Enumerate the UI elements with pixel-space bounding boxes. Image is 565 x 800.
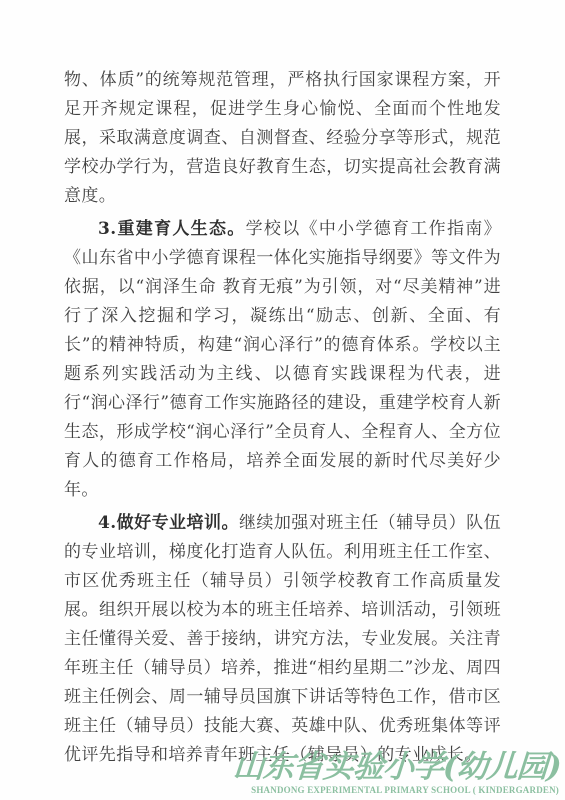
paragraph-4-text: 继续加强对班主任（辅导员）队伍的专业培训，梯度化打造育人队伍。利用班主任工作室、… <box>64 513 501 765</box>
paragraph-3-heading: 3.重建育人生态。 <box>98 219 246 239</box>
school-logo-english: SHANDONG EXPERIMENTAL PRIMARY SCHOOL ( K… <box>232 786 559 795</box>
paragraph-4-heading: 4.做好专业培训。 <box>98 513 239 533</box>
paragraph-4: 4.做好专业培训。继续加强对班主任（辅导员）队伍的专业培训，梯度化打造育人队伍。… <box>64 509 501 770</box>
school-logo: 山东省实验小学(幼儿园) SHANDONG EXPERIMENTAL PRIMA… <box>232 752 559 795</box>
paragraph-3: 3.重建育人生态。学校以《中小学德育工作指南》《山东省中小学德育课程一体化实施指… <box>64 215 501 505</box>
school-logo-chinese: 山东省实验小学(幼儿园) <box>232 752 562 783</box>
paragraph-3-text: 学校以《中小学德育工作指南》《山东省中小学德育课程一体化实施指导纲要》等文件为依… <box>64 219 501 500</box>
document-page: 物、体质”的统筹规范管理，严格执行国家课程方案，开足开齐规定课程，促进学生身心愉… <box>0 0 565 800</box>
paragraph-continuation-text: 物、体质”的统筹规范管理，严格执行国家课程方案，开足开齐规定课程，促进学生身心愉… <box>64 70 501 206</box>
paragraph-continuation: 物、体质”的统筹规范管理，严格执行国家课程方案，开足开齐规定课程，促进学生身心愉… <box>64 66 501 211</box>
document-body: 物、体质”的统筹规范管理，严格执行国家课程方案，开足开齐规定课程，促进学生身心愉… <box>64 66 501 774</box>
